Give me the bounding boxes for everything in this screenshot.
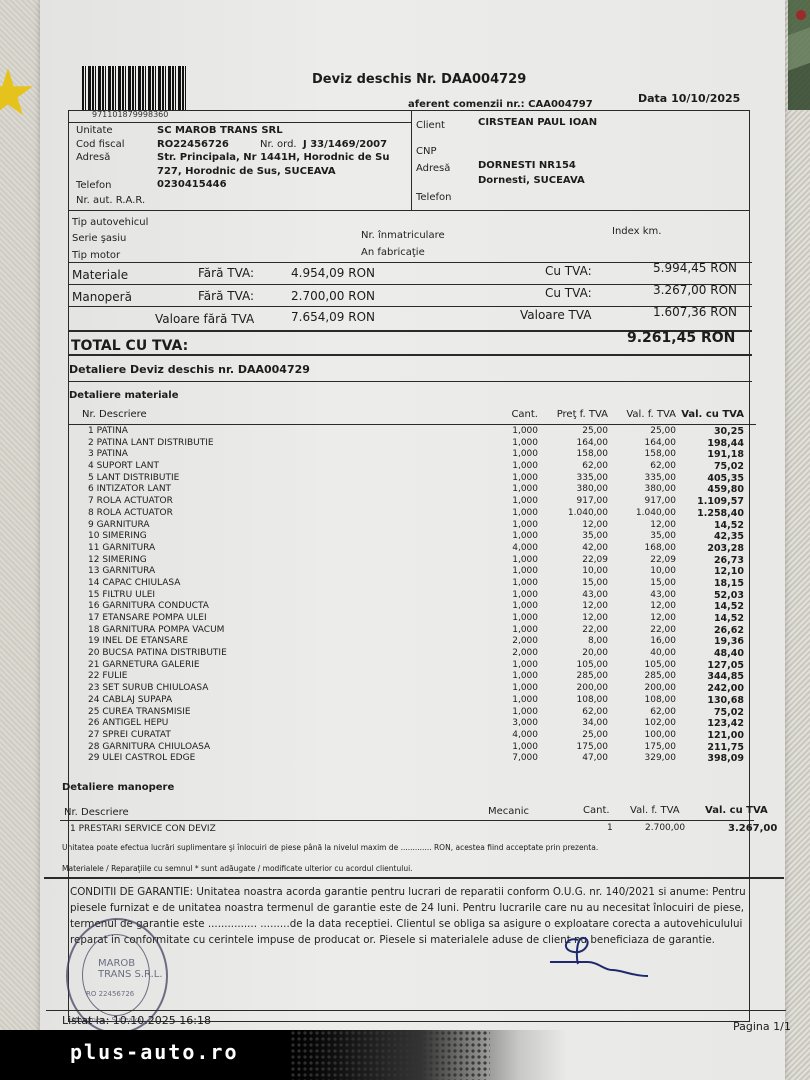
cell-unit-price: 335,00 <box>538 473 608 485</box>
cell-unit-price: 43,00 <box>538 590 608 602</box>
net-total-value: 7.654,09 RON <box>291 310 375 324</box>
cell-unit-price: 42,00 <box>538 543 608 555</box>
cell-net-value: 917,00 <box>608 496 676 508</box>
header-unit-price: Preţ f. TVA <box>538 408 608 422</box>
cell-gross-value: 12,10 <box>676 566 744 578</box>
cell-quantity: 1,000 <box>486 449 538 461</box>
cell-description: 15 FILTRU ULEI <box>68 590 486 602</box>
cell-gross-value: 26,73 <box>676 555 744 567</box>
cell-description: 20 BUCSA PATINA DISTRIBUTIE <box>68 648 486 660</box>
table-row: 23 SET SURUB CHIULOASA1,000200,00200,002… <box>68 683 756 695</box>
table-row: 26 ANTIGEL HEPU3,00034,00102,00123,42 <box>68 718 756 730</box>
cell-quantity: 2,000 <box>486 648 538 660</box>
table-row: 2 PATINA LANT DISTRIBUTIE1,000164,00164,… <box>68 438 756 450</box>
table-row: 12 SIMERING1,00022,0922,0926,73 <box>68 555 756 567</box>
cell-quantity: 1,000 <box>486 660 538 672</box>
cell-net-value: 22,09 <box>608 555 676 567</box>
document-title: Deviz deschis Nr. DAA004729 <box>312 72 526 87</box>
client-name: CIRSTEAN PAUL IOAN <box>478 117 597 128</box>
cell-unit-price: 62,00 <box>538 707 608 719</box>
cell-quantity: 1,000 <box>486 683 538 695</box>
cell-quantity: 1,000 <box>486 671 538 683</box>
divider <box>46 1010 786 1011</box>
stamp-cui: RO 22456726 <box>86 990 134 998</box>
cell-unit-price: 158,00 <box>538 449 608 461</box>
table-row: 15 FILTRU ULEI1,00043,0043,0052,03 <box>68 590 756 602</box>
labor-gross-label: Cu TVA: <box>545 286 592 300</box>
cell-quantity: 4,000 <box>486 543 538 555</box>
table-row: 9 GARNITURA1,00012,0012,0014,52 <box>68 520 756 532</box>
cell-gross-value: 42,35 <box>676 531 744 543</box>
cell-net-value: 15,00 <box>608 578 676 590</box>
cell-unit-price: 1.040,00 <box>538 508 608 520</box>
cell-net-value: 285,00 <box>608 671 676 683</box>
cell-gross-value: 398,09 <box>676 753 744 765</box>
materials-label: Materiale <box>72 268 128 282</box>
cell-quantity: 1,000 <box>486 555 538 567</box>
cell-description: 28 GARNITURA CHIULOASA <box>68 742 486 754</box>
cell-unit-price: 164,00 <box>538 438 608 450</box>
cell-quantity: 1,000 <box>486 578 538 590</box>
table-row: 7 ROLA ACTUATOR1,000917,00917,001.109,57 <box>68 496 756 508</box>
table-row: 25 CUREA TRANSMISIE1,00062,0062,0075,02 <box>68 707 756 719</box>
cell-description: 12 SIMERING <box>68 555 486 567</box>
labor-section-title: Detaliere manopere <box>62 782 174 793</box>
materials-gross-value: 5.994,45 RON <box>653 261 737 275</box>
cnp-label: CNP <box>416 146 437 157</box>
km-index-label: Index km. <box>612 226 661 237</box>
divider <box>44 877 784 879</box>
cell-gross-value: 1.258,40 <box>676 508 744 520</box>
table-row: 3 PATINA1,000158,00158,00191,18 <box>68 449 756 461</box>
table-row: 24 CABLAJ SUPAPA1,000108,00108,00130,68 <box>68 695 756 707</box>
warranty-conditions: CONDITII DE GARANTIE: Unitatea noastra a… <box>70 884 782 948</box>
cell-unit-price: 22,09 <box>538 555 608 567</box>
divider <box>68 284 752 285</box>
table-row: 11 GARNITURA4,00042,00168,00203,28 <box>68 543 756 555</box>
cell-unit-price: 8,00 <box>538 636 608 648</box>
cell-unit-price: 22,00 <box>538 625 608 637</box>
cell-gross-value: 242,00 <box>676 683 744 695</box>
cell-quantity: 1,000 <box>486 695 538 707</box>
cell-gross-value: 127,05 <box>676 660 744 672</box>
cell-unit-price: 35,00 <box>538 531 608 543</box>
labor-header-net-value: Val. f. TVA <box>630 805 680 816</box>
trade-register-label: Nr. ord. <box>260 139 297 150</box>
watermark-brand: plus-auto.ro <box>70 1040 239 1064</box>
cell-gross-value: 26,62 <box>676 625 744 637</box>
cell-quantity: 1,000 <box>486 520 538 532</box>
cell-unit-price: 200,00 <box>538 683 608 695</box>
cell-unit-price: 47,00 <box>538 753 608 765</box>
barcode-icon <box>82 66 187 110</box>
cell-description: 23 SET SURUB CHIULOASA <box>68 683 486 695</box>
cell-gross-value: 1.109,57 <box>676 496 744 508</box>
grand-total-value: 9.261,45 RON <box>627 330 735 346</box>
table-row: 5 LANT DISTRIBUTIE1,000335,00335,00405,3… <box>68 473 756 485</box>
berry-decoration-icon <box>796 10 806 20</box>
cell-gross-value: 14,52 <box>676 601 744 613</box>
cell-net-value: 25,00 <box>608 426 676 438</box>
cell-quantity: 2,000 <box>486 636 538 648</box>
cell-net-value: 335,00 <box>608 473 676 485</box>
cell-gross-value: 75,02 <box>676 707 744 719</box>
cell-net-value: 10,00 <box>608 566 676 578</box>
cell-gross-value: 48,40 <box>676 648 744 660</box>
cell-description: 26 ANTIGEL HEPU <box>68 718 486 730</box>
cell-net-value: 62,00 <box>608 461 676 473</box>
materials-table: Nr. Descriere Cant. Preţ f. TVA Val. f. … <box>68 408 756 765</box>
table-row: 10 SIMERING1,00035,0035,0042,35 <box>68 531 756 543</box>
cell-net-value: 102,00 <box>608 718 676 730</box>
cell-net-value: 200,00 <box>608 683 676 695</box>
cell-quantity: 1,000 <box>486 531 538 543</box>
unit-name: SC MAROB TRANS SRL <box>157 125 283 136</box>
trade-register-number: J 33/1469/2007 <box>303 139 387 150</box>
client-label: Client <box>416 120 445 131</box>
cell-description: 5 LANT DISTRIBUTIE <box>68 473 486 485</box>
order-reference: aferent comenzii nr.: CAA004797 <box>408 99 593 110</box>
table-row: 17 ETANSARE POMPA ULEI1,00012,0012,0014,… <box>68 613 756 625</box>
cell-gross-value: 19,36 <box>676 636 744 648</box>
cell-description: 6 INTIZATOR LANT <box>68 484 486 496</box>
supplementary-work-note: Unitatea poate efectua lucrări supliment… <box>62 843 598 852</box>
unit-label: Unitate <box>76 125 113 136</box>
cell-net-value: 164,00 <box>608 438 676 450</box>
client-phone-label: Telefon <box>416 192 451 203</box>
cell-net-value: 108,00 <box>608 695 676 707</box>
divider <box>68 424 756 425</box>
unit-address-line1: Str. Principala, Nr 1441H, Horodnic de S… <box>157 152 389 163</box>
cell-description: 4 SUPORT LANT <box>68 461 486 473</box>
cell-gross-value: 14,52 <box>676 613 744 625</box>
labor-gross-value: 3.267,00 RON <box>653 283 737 297</box>
client-address-line2: Dornesti, SUCEAVA <box>478 175 585 186</box>
cell-gross-value: 130,68 <box>676 695 744 707</box>
cell-description: 27 SPREI CURATAT <box>68 730 486 742</box>
table-row: 14 CAPAC CHIULASA1,00015,0015,0018,15 <box>68 578 756 590</box>
cell-gross-value: 18,15 <box>676 578 744 590</box>
rar-label: Nr. aut. R.A.R. <box>76 195 145 206</box>
labor-label: Manoperă <box>72 290 132 304</box>
cell-description: 17 ETANSARE POMPA ULEI <box>68 613 486 625</box>
background-fabric-left <box>0 0 45 1080</box>
labor-net-value: 2.700,00 RON <box>291 289 375 303</box>
cell-quantity: 1,000 <box>486 601 538 613</box>
table-row: 21 GARNETURA GALERIE1,000105,00105,00127… <box>68 660 756 672</box>
cell-description: 22 FULIE <box>68 671 486 683</box>
cell-gross-value: 14,52 <box>676 520 744 532</box>
table-row: 19 INEL DE ETANSARE2,0008,0016,0019,36 <box>68 636 756 648</box>
cell-gross-value: 30,25 <box>676 426 744 438</box>
divider <box>68 122 411 123</box>
cell-net-value: 105,00 <box>608 660 676 672</box>
cell-net-value: 16,00 <box>608 636 676 648</box>
client-address-line1: DORNESTI NR154 <box>478 160 576 171</box>
cell-unit-price: 175,00 <box>538 742 608 754</box>
registration-label: Nr. înmatriculare <box>361 230 445 241</box>
cell-description: 1 PATINA <box>68 426 486 438</box>
cell-net-value: 380,00 <box>608 484 676 496</box>
divider <box>68 354 752 356</box>
materials-table-header: Nr. Descriere Cant. Preţ f. TVA Val. f. … <box>68 408 756 422</box>
cell-quantity: 4,000 <box>486 730 538 742</box>
cell-description: 24 CABLAJ SUPAPA <box>68 695 486 707</box>
labor-header-quantity: Cant. <box>583 805 610 816</box>
table-row: 6 INTIZATOR LANT1,000380,00380,00459,80 <box>68 484 756 496</box>
cell-net-value: 175,00 <box>608 742 676 754</box>
cell-gross-value: 405,35 <box>676 473 744 485</box>
manufacture-year-label: An fabricaţie <box>361 247 425 258</box>
table-row: 4 SUPORT LANT1,00062,0062,0075,02 <box>68 461 756 473</box>
cell-net-value: 12,00 <box>608 520 676 532</box>
cell-net-value: 22,00 <box>608 625 676 637</box>
cell-description: 16 GARNITURA CONDUCTA <box>68 601 486 613</box>
table-row: 28 GARNITURA CHIULOASA1,000175,00175,002… <box>68 742 756 754</box>
materials-net-label: Fără TVA: <box>198 266 254 280</box>
signature <box>548 932 668 982</box>
divider <box>411 110 412 210</box>
cell-unit-price: 25,00 <box>538 426 608 438</box>
table-row: 27 SPREI CURATAT4,00025,00100,00121,00 <box>68 730 756 742</box>
materials-gross-label: Cu TVA: <box>545 264 592 278</box>
cell-gross-value: 459,80 <box>676 484 744 496</box>
cell-quantity: 1,000 <box>486 707 538 719</box>
cell-gross-value: 191,18 <box>676 449 744 461</box>
divider <box>68 262 752 263</box>
halftone-dots <box>290 1030 490 1080</box>
cell-unit-price: 15,00 <box>538 578 608 590</box>
cell-quantity: 1,000 <box>486 496 538 508</box>
fiscal-code: RO22456726 <box>157 139 229 150</box>
fiscal-code-label: Cod fiscal <box>76 139 125 150</box>
cell-gross-value: 52,03 <box>676 590 744 602</box>
background-fabric-right <box>785 0 810 1080</box>
cell-unit-price: 12,00 <box>538 520 608 532</box>
cell-gross-value: 198,44 <box>676 438 744 450</box>
cell-gross-value: 123,42 <box>676 718 744 730</box>
cell-quantity: 1,000 <box>486 625 538 637</box>
cell-unit-price: 105,00 <box>538 660 608 672</box>
labor-row-description: 1 PRESTARI SERVICE CON DEVIZ <box>70 824 216 834</box>
cell-net-value: 100,00 <box>608 730 676 742</box>
unit-address-line2: 727, Horodnic de Sus, SUCEAVA <box>157 166 336 177</box>
vat-total-label: Valoare TVA <box>520 308 592 322</box>
cell-net-value: 40,00 <box>608 648 676 660</box>
modifications-note: Materialele / Reparaţiile cu semnul * su… <box>62 864 413 873</box>
materials-section-title: Detaliere materiale <box>69 390 179 401</box>
cell-description: 21 GARNETURA GALERIE <box>68 660 486 672</box>
cell-net-value: 12,00 <box>608 601 676 613</box>
cell-net-value: 329,00 <box>608 753 676 765</box>
cell-description: 2 PATINA LANT DISTRIBUTIE <box>68 438 486 450</box>
cell-unit-price: 380,00 <box>538 484 608 496</box>
chassis-label: Serie şasiu <box>72 233 126 244</box>
printed-at: Listat la: 10.10.2025 16:18 <box>62 1014 211 1027</box>
cell-unit-price: 285,00 <box>538 671 608 683</box>
cell-unit-price: 25,00 <box>538 730 608 742</box>
divider <box>68 381 752 382</box>
net-total-label: Valoare fără TVA <box>155 312 254 326</box>
divider <box>68 210 750 211</box>
divider <box>60 820 754 821</box>
header-gross-value: Val. cu TVA <box>676 408 744 422</box>
table-row: 20 BUCSA PATINA DISTRIBUTIE2,00020,0040,… <box>68 648 756 660</box>
table-row: 22 FULIE1,000285,00285,00344,85 <box>68 671 756 683</box>
table-row: 13 GARNITURA1,00010,0010,0012,10 <box>68 566 756 578</box>
table-row: 18 GARNITURA POMPA VACUM1,00022,0022,002… <box>68 625 756 637</box>
cell-unit-price: 20,00 <box>538 648 608 660</box>
engine-type-label: Tip motor <box>72 250 120 261</box>
header-description: Nr. Descriere <box>68 408 486 422</box>
labor-header-description: Nr. Descriere <box>64 807 129 818</box>
cell-gross-value: 121,00 <box>676 730 744 742</box>
labor-row-gross-value: 3.267,00 <box>728 823 777 834</box>
grand-total-label: TOTAL CU TVA: <box>71 338 188 354</box>
cell-gross-value: 75,02 <box>676 461 744 473</box>
client-address-label: Adresă <box>416 163 450 174</box>
labor-header-gross-value: Val. cu TVA <box>705 805 768 816</box>
cell-quantity: 1,000 <box>486 613 538 625</box>
cell-description: 14 CAPAC CHIULASA <box>68 578 486 590</box>
cell-quantity: 1,000 <box>486 438 538 450</box>
table-row: 16 GARNITURA CONDUCTA1,00012,0012,0014,5… <box>68 601 756 613</box>
cell-quantity: 1,000 <box>486 566 538 578</box>
details-title: Detaliere Deviz deschis nr. DAA004729 <box>69 363 310 376</box>
cell-net-value: 1.040,00 <box>608 508 676 520</box>
cell-unit-price: 108,00 <box>538 695 608 707</box>
cell-description: 29 ULEI CASTROL EDGE <box>68 753 486 765</box>
cell-quantity: 7,000 <box>486 753 538 765</box>
unit-phone-label: Telefon <box>76 180 111 191</box>
cell-quantity: 1,000 <box>486 461 538 473</box>
cell-quantity: 1,000 <box>486 426 538 438</box>
stamp-company: MAROB TRANS S.R.L. <box>98 958 166 980</box>
header-net-value: Val. f. TVA <box>608 408 676 422</box>
labor-header-mechanic: Mecanic <box>488 806 529 817</box>
cell-gross-value: 344,85 <box>676 671 744 683</box>
cell-description: 13 GARNITURA <box>68 566 486 578</box>
cell-unit-price: 34,00 <box>538 718 608 730</box>
cell-quantity: 1,000 <box>486 484 538 496</box>
labor-row-quantity: 1 <box>607 823 613 833</box>
header-quantity: Cant. <box>486 408 538 422</box>
cell-net-value: 12,00 <box>608 613 676 625</box>
cell-quantity: 1,000 <box>486 590 538 602</box>
cell-unit-price: 62,00 <box>538 461 608 473</box>
cell-description: 9 GARNITURA <box>68 520 486 532</box>
materials-rows: 1 PATINA1,00025,0025,0030,252 PATINA LAN… <box>68 426 756 765</box>
cell-quantity: 1,000 <box>486 508 538 520</box>
cell-unit-price: 917,00 <box>538 496 608 508</box>
cell-net-value: 158,00 <box>608 449 676 461</box>
unit-phone: 0230415446 <box>157 179 227 190</box>
unit-address-label: Adresă <box>76 152 110 163</box>
cell-unit-price: 12,00 <box>538 613 608 625</box>
cell-description: 8 ROLA ACTUATOR <box>68 508 486 520</box>
labor-net-label: Fără TVA: <box>198 289 254 303</box>
cell-description: 7 ROLA ACTUATOR <box>68 496 486 508</box>
labor-row-net-value: 2.700,00 <box>645 823 685 833</box>
cell-description: 19 INEL DE ETANSARE <box>68 636 486 648</box>
cell-description: 18 GARNITURA POMPA VACUM <box>68 625 486 637</box>
divider <box>68 306 752 307</box>
cell-net-value: 43,00 <box>608 590 676 602</box>
vehicle-type-label: Tip autovehicul <box>72 217 148 228</box>
cell-gross-value: 211,75 <box>676 742 744 754</box>
cell-description: 11 GARNITURA <box>68 543 486 555</box>
cell-net-value: 168,00 <box>608 543 676 555</box>
cell-quantity: 3,000 <box>486 718 538 730</box>
cell-unit-price: 12,00 <box>538 601 608 613</box>
cell-net-value: 35,00 <box>608 531 676 543</box>
table-row: 1 PATINA1,00025,0025,0030,25 <box>68 426 756 438</box>
cell-description: 25 CUREA TRANSMISIE <box>68 707 486 719</box>
table-row: 29 ULEI CASTROL EDGE7,00047,00329,00398,… <box>68 753 756 765</box>
vat-total-value: 1.607,36 RON <box>653 305 737 319</box>
document-date: Data 10/10/2025 <box>638 92 740 105</box>
cell-description: 3 PATINA <box>68 449 486 461</box>
cell-quantity: 1,000 <box>486 473 538 485</box>
cell-unit-price: 10,00 <box>538 566 608 578</box>
materials-net-value: 4.954,09 RON <box>291 266 375 280</box>
cell-gross-value: 203,28 <box>676 543 744 555</box>
cell-quantity: 1,000 <box>486 742 538 754</box>
cell-net-value: 62,00 <box>608 707 676 719</box>
table-row: 8 ROLA ACTUATOR1,0001.040,001.040,001.25… <box>68 508 756 520</box>
cell-description: 10 SIMERING <box>68 531 486 543</box>
